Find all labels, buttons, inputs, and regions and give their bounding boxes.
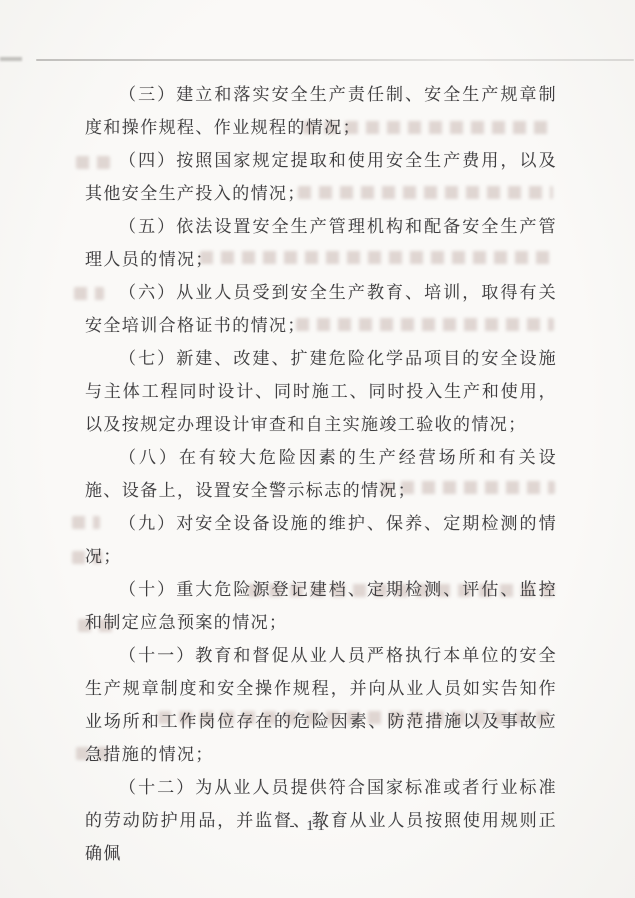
paragraph-item-8: （八）在有较大危险因素的生产经营场所和有关设施、设备上，设置安全警示标志的情况； [85, 441, 557, 507]
scan-artifact-dash [0, 57, 22, 61]
scan-artifact-line [36, 59, 634, 61]
paragraph-item-4: （四）按照国家规定提取和使用安全生产费用，以及其他安全生产投入的情况； [85, 144, 557, 210]
paragraph-item-10: （十）重大危险源登记建档、定期检测、评估、监控和制定应急预案的情况； [85, 573, 557, 639]
paragraph-item-3: （三）建立和落实安全生产责任制、安全生产规章制度和操作规程、作业规程的情况； [85, 78, 557, 144]
page-number: - 11 - [0, 818, 635, 835]
paragraph-item-6: （六）从业人员受到安全生产教育、培训，取得有关安全培训合格证书的情况； [85, 276, 557, 342]
document-body: （三）建立和落实安全生产责任制、安全生产规章制度和操作规程、作业规程的情况； （… [85, 78, 557, 870]
paragraph-item-7: （七）新建、改建、扩建危险化学品项目的安全设施与主体工程同时设计、同时施工、同时… [85, 342, 557, 441]
scanned-document-page: （三）建立和落实安全生产责任制、安全生产规章制度和操作规程、作业规程的情况； （… [0, 0, 635, 898]
paragraph-item-11: （十一）教育和督促从业人员严格执行本单位的安全生产规章制度和安全操作规程，并向从… [85, 639, 557, 771]
paragraph-item-5: （五）依法设置安全生产管理机构和配备安全生产管理人员的情况； [85, 210, 557, 276]
paragraph-item-9: （九）对安全设备设施的维护、保养、定期检测的情况； [85, 507, 557, 573]
